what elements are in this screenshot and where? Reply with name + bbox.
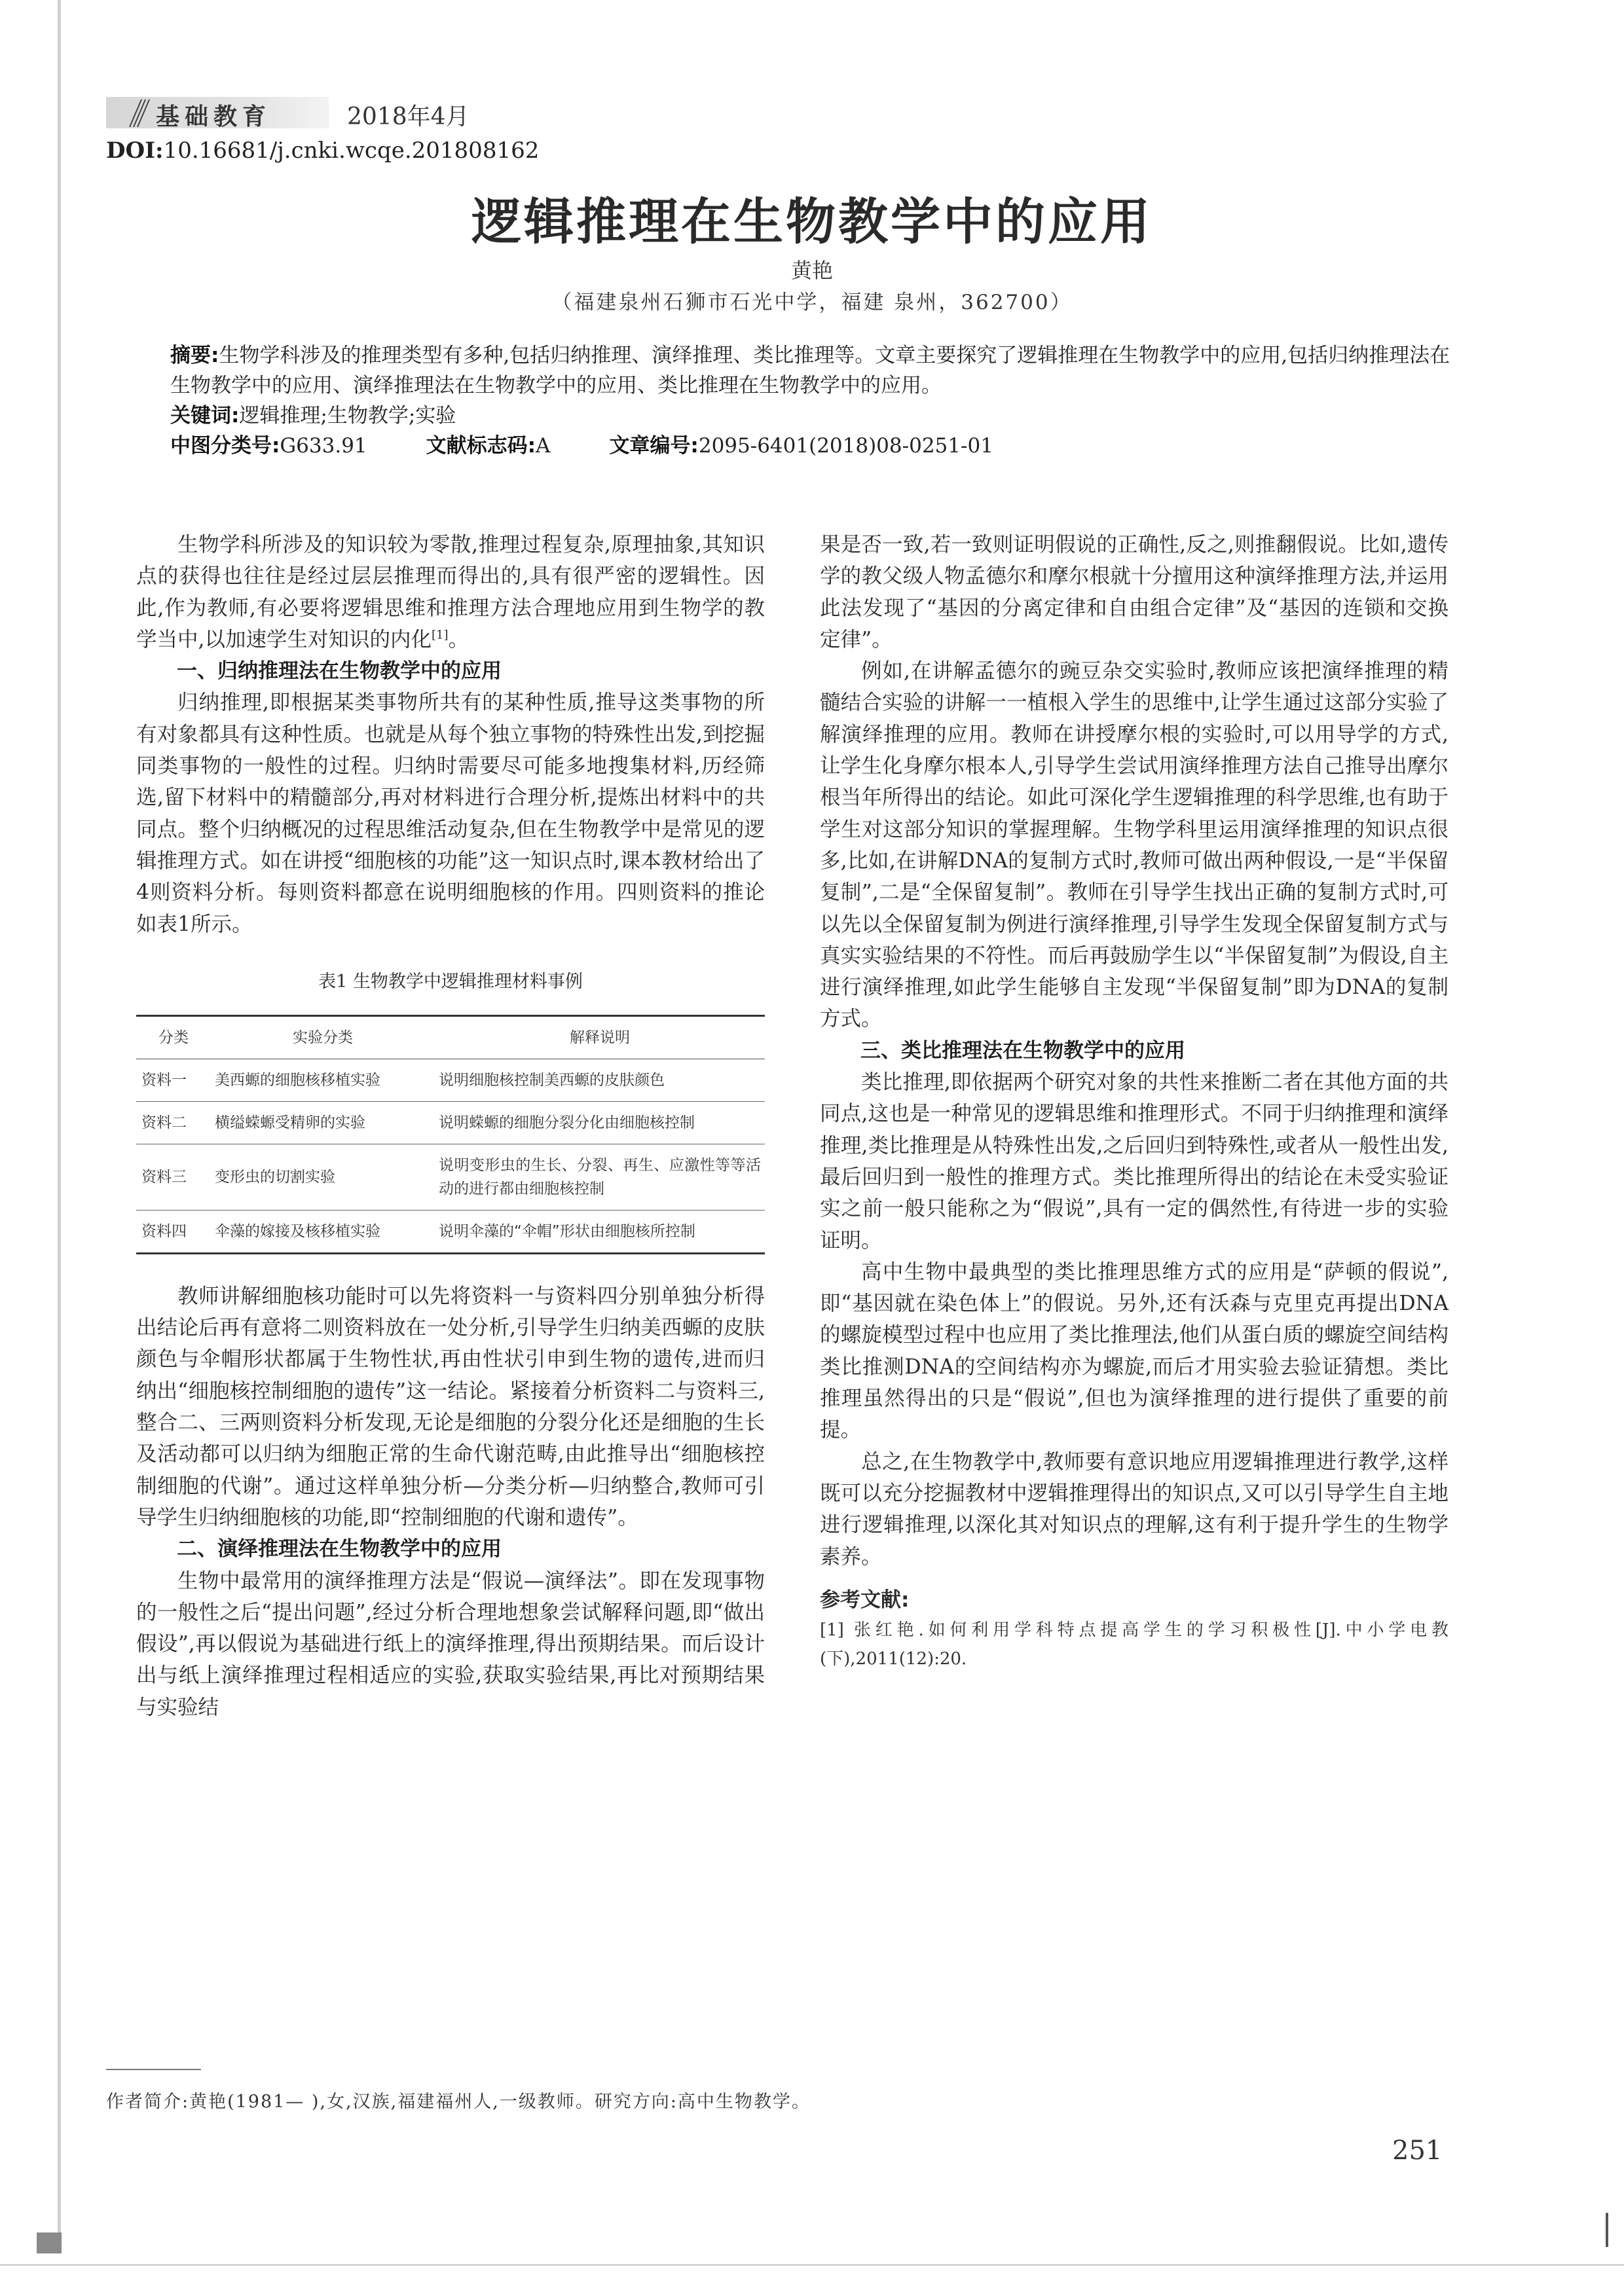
clc-number: 中图分类号:G633.91 <box>170 431 367 461</box>
table-row: 资料四 伞藻的嫁接及核移植实验 说明伞藻的“伞帽”形状由细胞核所控制 <box>136 1210 765 1253</box>
table-row: 资料三 变形虫的切割实验 说明变形虫的生长、分裂、再生、应激性等等活动的进行都由… <box>136 1144 765 1210</box>
author-affiliation: （福建泉州石狮市石光中学，福建 泉州，362700） <box>0 285 1624 315</box>
article-number: 文章编号:2095-6401(2018)08-0251-01 <box>609 431 993 461</box>
section-heading-induction: 一、归纳推理法在生物教学中的应用 <box>136 655 765 687</box>
doi-value: 10.16681/j.cnki.wcqe.201808162 <box>164 137 540 164</box>
scan-edge-right <box>1606 2213 1608 2247</box>
section2-paragraph-1-cont: 果是否一致,若一致则证明假说的正确性,反之,则推翻假说。比如,遗传学的教父级人物… <box>820 529 1449 655</box>
section1-paragraph-2: 教师讲解细胞核功能时可以先将资料一与资料四分别单独分析得出结论后再有意将二则资料… <box>136 1281 765 1533</box>
body-column-right: 果是否一致,若一致则证明假说的正确性,反之,则推翻假说。比如,遗传学的教父级人物… <box>820 529 1449 1673</box>
references-heading: 参考文献: <box>820 1584 1449 1616</box>
citation-ref[interactable]: [1] <box>432 628 449 642</box>
section2-paragraph-1-start: 生物中最常用的演绎推理方法是“假说—演绎法”。即在发现事物的一般性之后“提出问题… <box>136 1565 765 1723</box>
author-bio-footnote: 作者简介:黄艳(1981— ),女,汉族,福建福州人,一级教师。研究方向:高中生… <box>106 2087 811 2113</box>
table-caption: 表1 生物教学中逻辑推理材料事例 <box>136 969 765 995</box>
section-heading-deduction: 二、演绎推理法在生物教学中的应用 <box>136 1533 765 1565</box>
section1-paragraph-1: 归纳推理,即根据某类事物所共有的某种性质,推导这类事物的所有对象都具有这种性质。… <box>136 687 765 939</box>
article-meta: 摘要:生物学科涉及的推理类型有多种,包括归纳推理、演绎推理、类比推理等。文章主要… <box>170 340 1467 461</box>
table-row: 资料二 横缢蝾螈受精卵的实验 说明蝾螈的细胞分裂分化由细胞核控制 <box>136 1101 765 1144</box>
conclusion-paragraph: 总之,在生物教学中,教师要有意识地应用逻辑推理进行教学,这样既可以充分挖掘教材中… <box>820 1446 1449 1573</box>
reference-item: [1] 张红艳.如何利用学科特点提高学生的学习积极性[J].中小学电教(下),2… <box>820 1616 1449 1673</box>
abstract: 摘要:生物学科涉及的推理类型有多种,包括归纳推理、演绎推理、类比推理等。文章主要… <box>170 340 1467 401</box>
table-header-category: 分类 <box>136 1015 211 1059</box>
section-heading-analogy: 三、类比推理法在生物教学中的应用 <box>820 1035 1449 1066</box>
body-column-left: 生物学科所涉及的知识较为零散,推理过程复杂,原理抽象,其知识点的获得也往往是经过… <box>136 529 765 1723</box>
document-code: 文献标志码:A <box>426 431 551 461</box>
keywords-label: 关键词: <box>170 404 239 428</box>
table-row: 资料一 美西螈的细胞核移植实验 说明细胞核控制美西螈的皮肤颜色 <box>136 1059 765 1101</box>
journal-name: 基础教育 <box>156 98 271 132</box>
materials-table: 分类 实验分类 解释说明 资料一 美西螈的细胞核移植实验 说明细胞核控制美西螈的… <box>136 1015 765 1254</box>
table-header-experiment: 实验分类 <box>211 1015 435 1059</box>
section3-paragraph-1: 类比推理,即依据两个研究对象的共性来推断二者在其他方面的共同点,这也是一种常见的… <box>820 1066 1449 1256</box>
keywords-text: 逻辑推理;生物教学;实验 <box>239 404 456 428</box>
intro-paragraph: 生物学科所涉及的知识较为零散,推理过程复杂,原理抽象,其知识点的获得也往往是经过… <box>136 529 765 655</box>
abstract-label: 摘要: <box>170 344 219 367</box>
section2-paragraph-2: 例如,在讲解孟德尔的豌豆杂交实验时,教师应该把演绎推理的精髓结合实验的讲解一一植… <box>820 655 1449 1035</box>
classification-row: 中图分类号:G633.91 文献标志码:A 文章编号:2095-6401(201… <box>170 431 1467 461</box>
page-number: 251 <box>1392 2136 1442 2166</box>
doi: DOI:10.16681/j.cnki.wcqe.201808162 <box>106 137 539 164</box>
table-1: 表1 生物教学中逻辑推理材料事例 分类 实验分类 解释说明 资料一 美西螈的细胞… <box>136 969 765 1254</box>
slash-ornament-icon <box>124 98 151 128</box>
scan-edge-left <box>58 0 61 2246</box>
issue-date: 2018年4月 <box>347 98 470 132</box>
footnote-divider <box>106 2069 201 2070</box>
section3-paragraph-2: 高中生物中最典型的类比推理思维方式的应用是“萨顿的假说”,即“基因就在染色体上”… <box>820 1256 1449 1446</box>
table-header-row: 分类 实验分类 解释说明 <box>136 1015 765 1059</box>
article-title: 逻辑推理在生物教学中的应用 <box>0 182 1624 253</box>
scan-corner-mark <box>37 2232 62 2253</box>
table-header-explanation: 解释说明 <box>435 1015 765 1059</box>
keywords: 关键词:逻辑推理;生物教学;实验 <box>170 401 1467 431</box>
abstract-text: 生物学科涉及的推理类型有多种,包括归纳推理、演绎推理、类比推理等。文章主要探究了… <box>170 344 1450 397</box>
article-author: 黄艳 <box>0 254 1624 284</box>
doi-label: DOI: <box>106 137 164 164</box>
scan-bottom-edge <box>0 2264 1624 2266</box>
